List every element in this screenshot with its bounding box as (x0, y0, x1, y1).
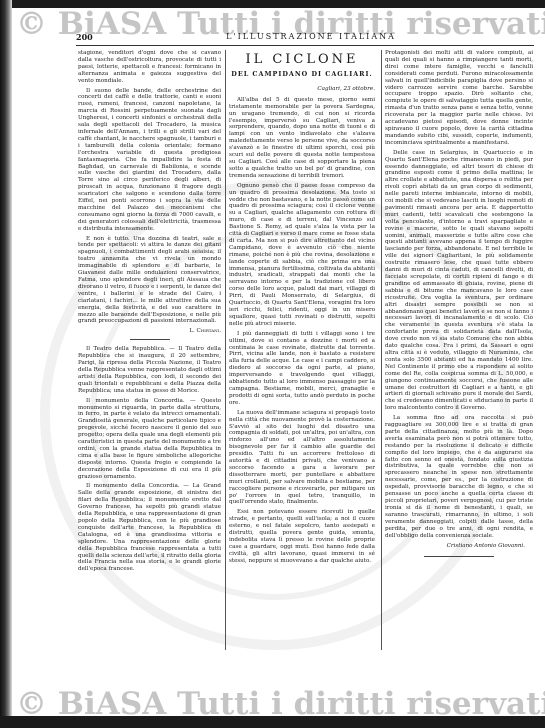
book-binding-edge (0, 0, 12, 728)
column-divider-2 (381, 50, 382, 650)
article-dateline: Cagliari, 23 ottobre. (229, 86, 375, 93)
paragraph: Delle case in Selargius, in Quartuccio e… (385, 150, 533, 412)
journal-title: L'ILLUSTRAZIONE ITALIANA (186, 32, 436, 41)
page-number: 200 (76, 32, 93, 42)
page-header: 200 L'ILLUSTRAZIONE ITALIANA (76, 32, 534, 44)
paragraph: Il monumento della Concordia. — La Grand… (78, 483, 221, 573)
paragraph: Protagonisti dei molti atti di valore co… (385, 50, 533, 147)
paragraph: Il Teatro della Repubblica. — Il Teatro … (78, 346, 221, 394)
scan-bottom-edge (0, 716, 545, 728)
paragraph: Il monumento della Concordia. — Questo m… (78, 398, 221, 481)
column-divider-1 (225, 50, 226, 650)
author-signature: L. Chirtani. (78, 328, 221, 335)
paragraph: Il suono delle bande, delle orchestrine … (78, 88, 221, 233)
article-title: IL CICLONE (229, 52, 375, 67)
paragraph: E non è tutto. Una dozzina di teatri, sa… (78, 236, 221, 326)
column-3: Protagonisti dei molti atti di valore co… (385, 50, 533, 665)
paragraph: I più danneggiati di tutti i villaggi so… (229, 331, 375, 407)
end-divider (424, 556, 494, 557)
paragraph: stagione, venditori d'ogni dove che si c… (78, 50, 221, 85)
paragraph: La nuova dell'immane sciagura si propagò… (229, 410, 375, 507)
article-subtitle: DEL CAMPIDANO DI CAGLIARI. (229, 71, 375, 78)
section-divider (130, 339, 170, 340)
paragraph: La somma fino ad ora raccolta si può rag… (385, 415, 533, 539)
author-signature: Cristiano Antonio Giovanni. (385, 543, 525, 550)
paragraph: All'alba del 5 di questo mese, giorno se… (229, 97, 375, 180)
column-1: stagione, venditori d'ogni dove che si c… (78, 50, 221, 665)
header-rule (76, 45, 534, 46)
paragraph: Ognuno pensò che il paese fosse compreso… (229, 183, 375, 328)
column-2: IL CICLONE DEL CAMPIDANO DI CAGLIARI. Ca… (229, 50, 375, 665)
paragraph: Essi non potevano essere ricevuti in que… (229, 509, 375, 564)
